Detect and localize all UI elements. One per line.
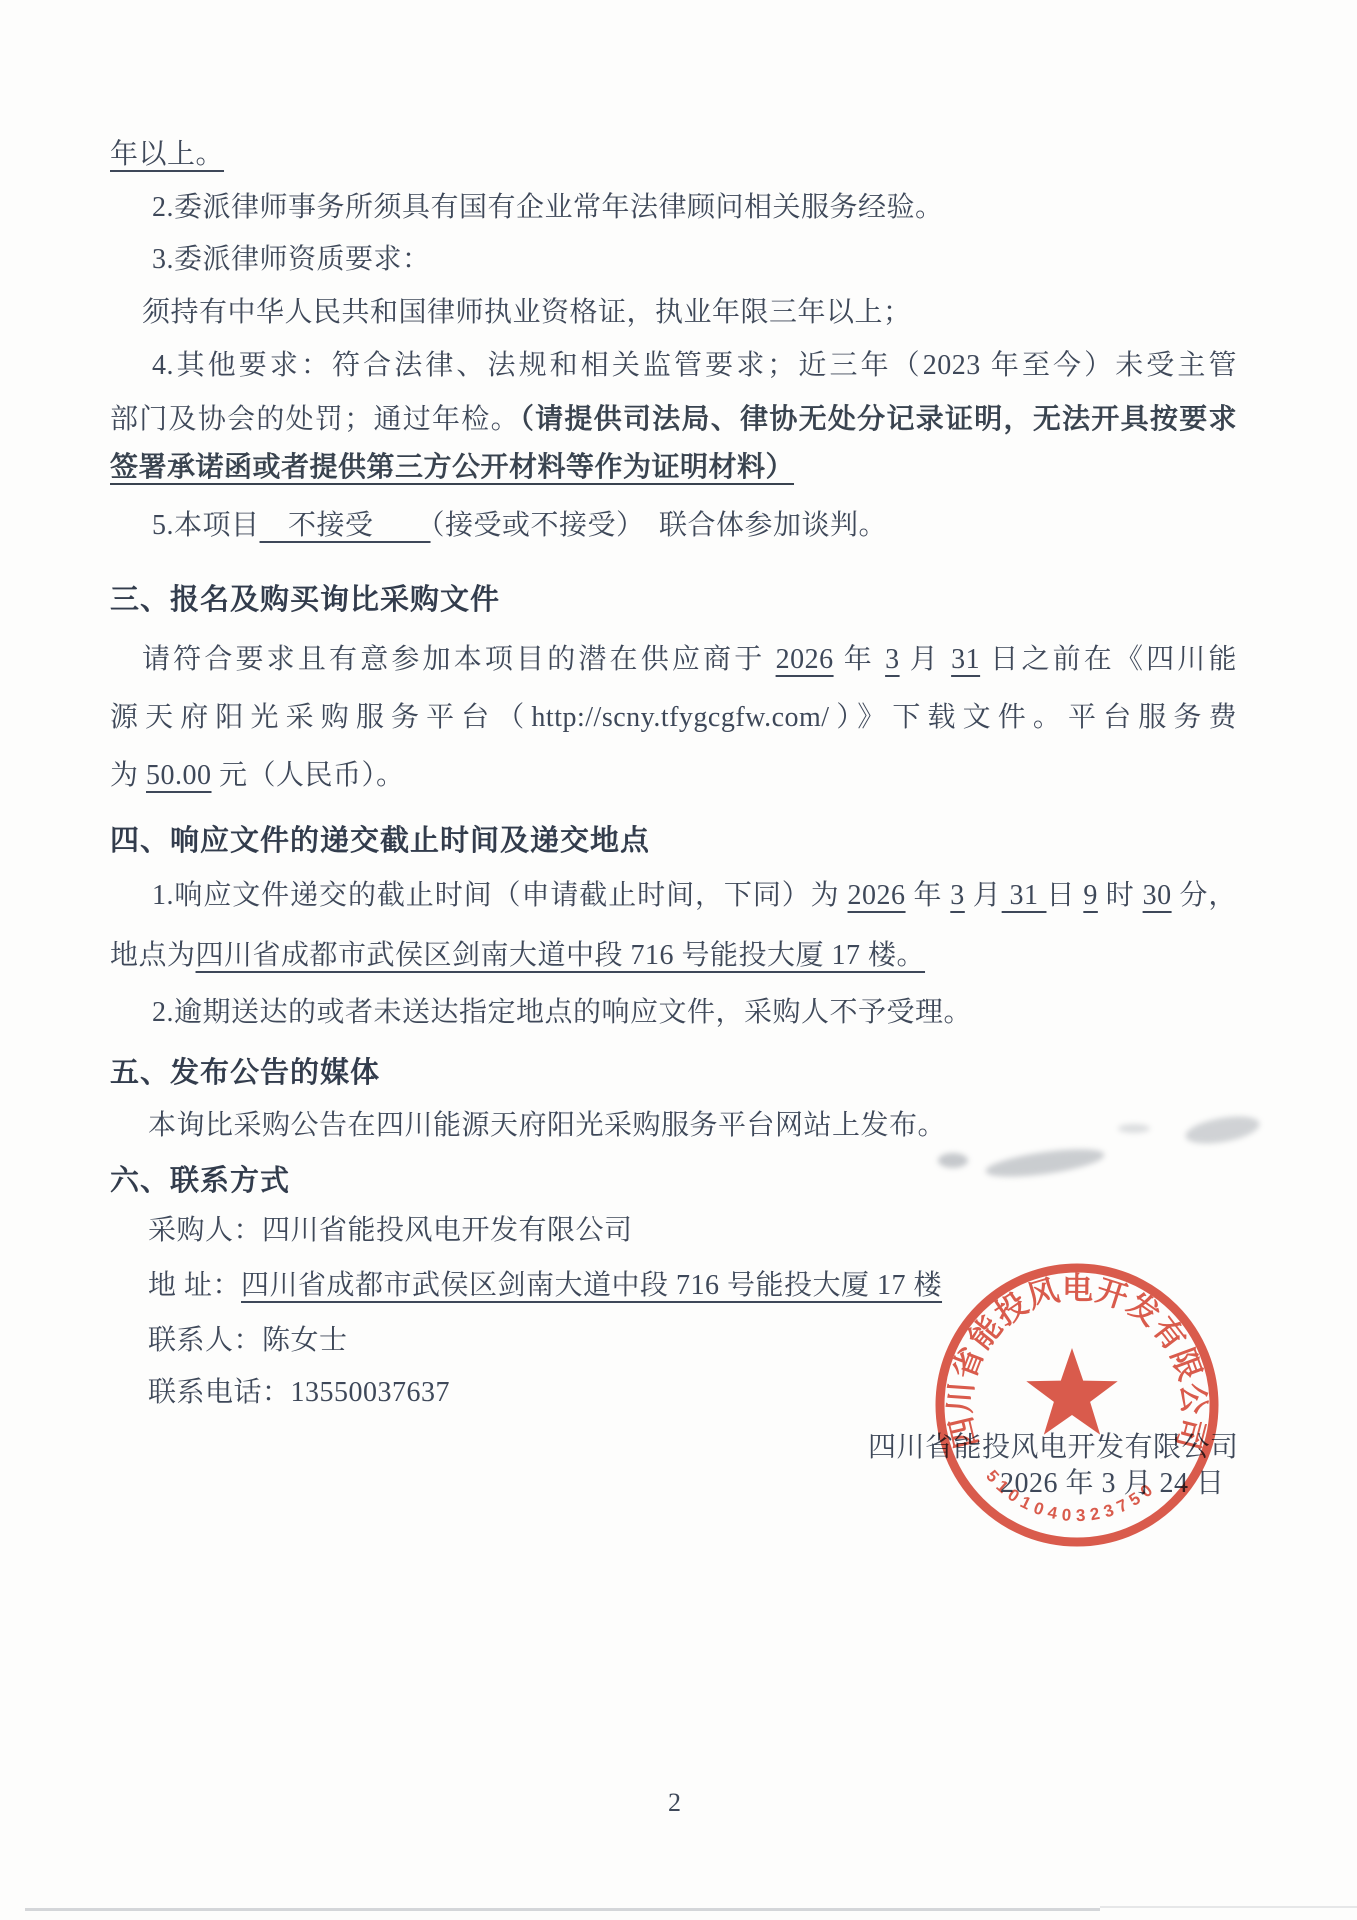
text-segment: （接受或不接受） 联合体参加谈判。 xyxy=(431,510,888,541)
doc-line: 地点为四川省成都市武侯区剑南大道中段 716 号能投大厦 17 楼。 xyxy=(110,938,925,974)
section-heading-5: 五、发布公告的媒体 xyxy=(110,1055,380,1091)
text-segment: 2.逾期送达的或者未送达指定地点的响应文件，采购人不予受理。 xyxy=(152,997,972,1028)
text-segment: 3.委派律师资质要求： xyxy=(152,244,431,275)
doc-line: 为 50.00 元（人民币）。 xyxy=(110,758,405,794)
doc-line: 3.委派律师资质要求： xyxy=(152,242,431,278)
doc-line: 请符合要求且有意参加本项目的潜在供应商于 2026 年 3 月 31 日之前在《… xyxy=(142,642,1237,678)
text-segment: 5.本项目 xyxy=(152,510,260,541)
scan-edge-line xyxy=(1100,1906,1357,1908)
scan-smudge xyxy=(1183,1112,1261,1149)
text-segment: 四、响应文件的递交截止时间及递交地点 xyxy=(110,825,650,857)
text-segment: 五、发布公告的媒体 xyxy=(110,1057,380,1089)
underlined-text: 年以上。 xyxy=(110,139,224,170)
doc-line: 5.本项目 不接受 （接受或不接受） 联合体参加谈判。 xyxy=(152,508,887,544)
text-segment: 日 xyxy=(1046,880,1083,911)
page-number: 2 xyxy=(668,1785,682,1821)
doc-line: 年以上。 xyxy=(110,137,224,173)
text-segment: 请符合要求且有意参加本项目的潜在供应商于 xyxy=(142,644,776,675)
text-segment: 地点为 xyxy=(110,940,196,971)
document-page: 年以上。2.委派律师事务所须具有国有企业常年法律顾问相关服务经验。3.委派律师资… xyxy=(0,0,1357,1920)
text-segment: 年 xyxy=(834,644,886,675)
text-segment: 4.其他要求：符合法律、法规和相关监管要求；近三年（2023 年至今）未受主管 xyxy=(152,350,1237,381)
text-segment: 源天府阳光采购服务平台（http://scny.tfygcgfw.com/）》下… xyxy=(110,702,1237,733)
company-seal: 四川省能投风电开发有限公司 5101040323750 xyxy=(927,1255,1227,1555)
text-segment: 元（人民币）。 xyxy=(212,760,405,791)
section-heading-6: 六、联系方式 xyxy=(110,1163,290,1199)
text-segment: 1.响应文件递交的截止时间（申请截止时间，下同）为 xyxy=(152,880,848,911)
contact-phone: 联系电话：13550037637 xyxy=(148,1375,450,1411)
underlined-text: 不接受 xyxy=(260,510,431,541)
text-segment: 部门及协会的处罚；通过年检。 xyxy=(110,404,520,435)
underlined-text: 2026 xyxy=(776,644,834,675)
scan-edge-line xyxy=(25,1908,1100,1911)
underlined-text: 3 xyxy=(885,644,900,675)
text-segment: 时 xyxy=(1098,880,1143,911)
doc-line: 须持有中华人民共和国律师执业资格证，执业年限三年以上； xyxy=(142,295,912,331)
underlined-text: 50.00 xyxy=(146,760,212,791)
contact-person: 联系人：陈女士 xyxy=(148,1323,348,1359)
text-segment: 2.委派律师事务所须具有国有企业常年法律顾问相关服务经验。 xyxy=(152,192,944,223)
underlined-text: 9 xyxy=(1083,880,1098,911)
text-segment: 为 xyxy=(110,760,146,791)
text-segment: 本询比采购公告在四川能源天府阳光采购服务平台网站上发布。 xyxy=(148,1110,946,1141)
doc-line: 签署承诺函或者提供第三方公开材料等作为证明材料） xyxy=(110,450,794,486)
doc-line: 4.其他要求：符合法律、法规和相关监管要求；近三年（2023 年至今）未受主管 xyxy=(152,348,1237,384)
text-segment: 联系电话：13550037637 xyxy=(148,1377,450,1408)
underlined-text: 签署承诺函或者提供第三方公开材料等作为证明材料） xyxy=(110,452,794,483)
section-heading-4: 四、响应文件的递交截止时间及递交地点 xyxy=(110,823,650,859)
text-segment: 六、联系方式 xyxy=(110,1165,290,1197)
contact-address: 地 址：四川省成都市武侯区剑南大道中段 716 号能投大厦 17 楼 xyxy=(148,1268,942,1304)
doc-line: 部门及协会的处罚；通过年检。（请提供司法局、律协无处分记录证明，无法开具按要求 xyxy=(110,402,1237,438)
contact-purchaser: 采购人：四川省能投风电开发有限公司 xyxy=(148,1213,633,1249)
doc-line: 本询比采购公告在四川能源天府阳光采购服务平台网站上发布。 xyxy=(148,1108,946,1144)
text-segment: 采购人：四川省能投风电开发有限公司 xyxy=(148,1215,633,1246)
text-segment: 分， xyxy=(1172,880,1237,911)
text-segment: 日之前在《四川能 xyxy=(980,644,1237,675)
text-segment: 月 xyxy=(900,644,952,675)
underlined-text: 31 xyxy=(951,644,980,675)
scan-smudge xyxy=(984,1144,1106,1182)
underlined-text: 四川省成都市武侯区剑南大道中段 716 号能投大厦 17 楼 xyxy=(241,1270,942,1301)
text-segment: 地 址： xyxy=(148,1270,241,1301)
doc-line: 2.逾期送达的或者未送达指定地点的响应文件，采购人不予受理。 xyxy=(152,995,972,1031)
doc-line: 2.委派律师事务所须具有国有企业常年法律顾问相关服务经验。 xyxy=(152,190,944,226)
seal-code-arc-text: 5101040323750 xyxy=(982,1466,1160,1525)
doc-line: 源天府阳光采购服务平台（http://scny.tfygcgfw.com/）》下… xyxy=(110,700,1237,736)
underlined-text: 31 xyxy=(1002,880,1047,911)
text-segment: 年 xyxy=(906,880,951,911)
text-segment: 须持有中华人民共和国律师执业资格证，执业年限三年以上； xyxy=(142,297,912,328)
underlined-text: 30 xyxy=(1143,880,1172,911)
doc-line: 1.响应文件递交的截止时间（申请截止时间，下同）为 2026 年 3 月 31 … xyxy=(152,878,1237,914)
underlined-text: 3 xyxy=(950,880,965,911)
section-heading-3: 三、报名及购买询比采购文件 xyxy=(110,582,500,618)
text-segment: （请提供司法局、律协无处分记录证明，无法开具按要求 xyxy=(520,404,1237,435)
text-segment: 三、报名及购买询比采购文件 xyxy=(110,584,500,616)
scan-smudge xyxy=(938,1153,968,1168)
underlined-text: 四川省成都市武侯区剑南大道中段 716 号能投大厦 17 楼。 xyxy=(196,940,926,971)
text-segment: 联系人：陈女士 xyxy=(148,1325,348,1356)
seal-star xyxy=(1026,1348,1117,1435)
text-segment: 月 xyxy=(965,880,1002,911)
scan-smudge xyxy=(1118,1124,1150,1133)
text-segment: 2 xyxy=(668,1788,682,1817)
underlined-text: 2026 xyxy=(848,880,906,911)
